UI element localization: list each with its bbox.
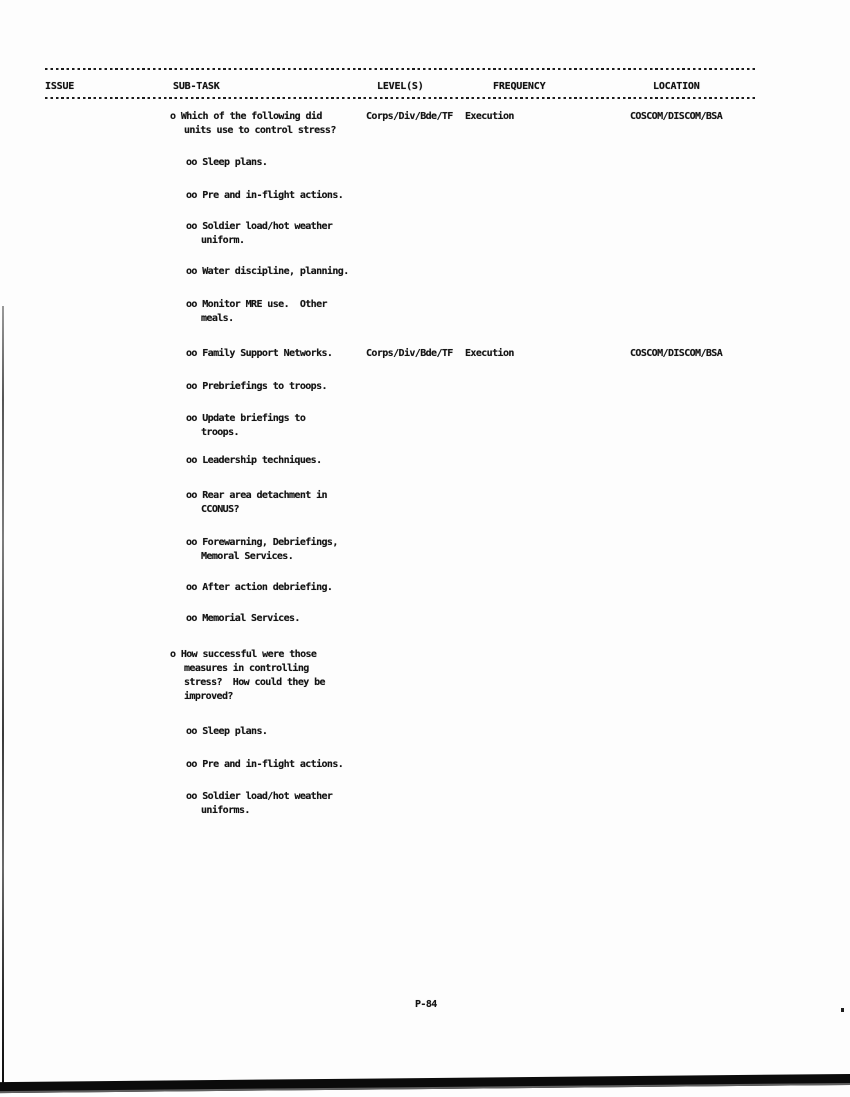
frequency-value: Execution — [465, 112, 514, 122]
subtask-continuation-line: CCONUS? — [201, 505, 239, 515]
subtask-continuation-line: measures in controlling — [184, 664, 309, 674]
frequency-value: Execution — [465, 349, 514, 359]
subtask-question-line: o How successful were those — [170, 650, 316, 660]
subtask-item-line: oo Soldier load/hot weather — [186, 792, 332, 802]
column-header-levels: LEVEL(S) — [377, 81, 424, 92]
subtask-item-line: oo Sleep plans. — [186, 158, 267, 168]
subtask-item-line: oo Leadership techniques. — [186, 456, 322, 466]
header-dashed-rule-top — [45, 68, 758, 70]
header-dashed-rule-bottom — [45, 97, 758, 99]
subtask-continuation-line: improved? — [184, 692, 233, 702]
scanned-document-page: ISSUE SUB-TASK LEVEL(S) FREQUENCY LOCATI… — [0, 0, 850, 1097]
level-value: Corps/Div/Bde/TF — [366, 112, 453, 122]
subtask-item-line: oo Soldier load/hot weather — [186, 222, 332, 232]
subtask-continuation-line: meals. — [201, 314, 234, 324]
subtask-item-line: oo Rear area detachment in — [186, 491, 327, 501]
level-value: Corps/Div/Bde/TF — [366, 349, 453, 359]
subtask-item-line: oo Memorial Services. — [186, 614, 300, 624]
scan-artifact-left-line — [2, 306, 4, 1086]
subtask-item-line: oo Update briefings to — [186, 414, 305, 424]
subtask-item-line: oo Sleep plans. — [186, 727, 267, 737]
subtask-continuation-line: uniform. — [201, 236, 244, 246]
subtask-item-line: oo Family Support Networks. — [186, 349, 332, 359]
column-header-issue: ISSUE — [45, 81, 74, 92]
location-value: COSCOM/DISCOM/BSA — [630, 349, 722, 359]
subtask-item-line: oo Monitor MRE use. Other — [186, 300, 327, 310]
subtask-item-line: oo Pre and in-flight actions. — [186, 760, 343, 770]
column-header-subtask: SUB-TASK — [173, 81, 220, 92]
subtask-question-line: o Which of the following did — [170, 112, 322, 122]
subtask-continuation-line: stress? How could they be — [184, 678, 325, 688]
subtask-item-line: oo Forewarning, Debriefings, — [186, 538, 338, 548]
scan-artifact-bottom-bar — [0, 1074, 850, 1093]
subtask-continuation-line: troops. — [201, 428, 239, 438]
subtask-item-line: oo Water discipline, planning. — [186, 267, 349, 277]
column-header-frequency: FREQUENCY — [493, 81, 545, 92]
subtask-item-line: oo Pre and in-flight actions. — [186, 191, 343, 201]
scan-artifact-speck — [841, 1008, 844, 1012]
page-number: P-84 — [415, 1000, 437, 1010]
column-header-location: LOCATION — [653, 81, 700, 92]
subtask-continuation-line: Memoral Services. — [201, 552, 293, 562]
location-value: COSCOM/DISCOM/BSA — [630, 112, 722, 122]
subtask-item-line: oo After action debriefing. — [186, 583, 332, 593]
subtask-continuation-line: uniforms. — [201, 806, 250, 816]
subtask-item-line: oo Prebriefings to troops. — [186, 382, 327, 392]
subtask-continuation-line: units use to control stress? — [184, 126, 336, 136]
